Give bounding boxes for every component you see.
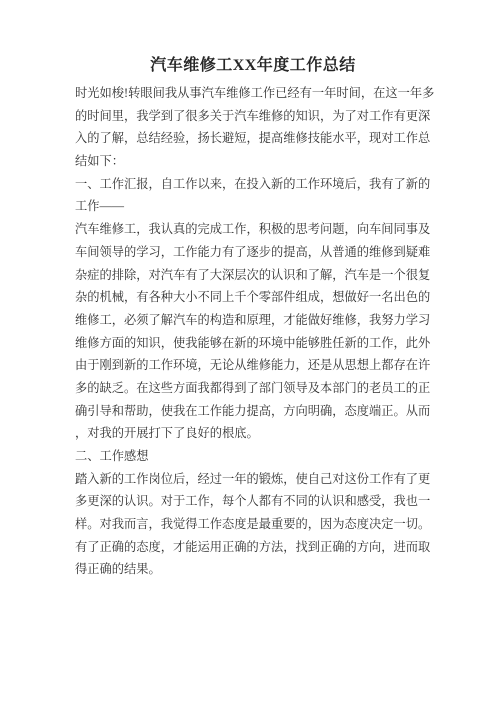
document-text-line: 结如下： <box>75 150 433 173</box>
document-page: 汽车维修工XX年度工作总结 时光如梭!转眼间我从事汽车维修工作已经有一年时间，在… <box>0 0 500 708</box>
document-text-line: 车间领导的学习，工作能力有了逐步的提高，从普通的维修到疑难 <box>75 241 433 264</box>
document-text-line: 得正确的结果。 <box>75 558 433 581</box>
document-text-line: 时光如梭!转眼间我从事汽车维修工作已经有一年时间，在这一年多 <box>75 82 433 105</box>
document-text-line: 踏入新的工作岗位后，经过一年的锻炼，使自己对这份工作有了更 <box>75 468 433 491</box>
document-text-line: ，对我的开展打下了良好的根底。 <box>75 422 433 445</box>
document-title: 汽车维修工XX年度工作总结 <box>75 55 431 76</box>
document-text-line: 确引导和帮助，使我在工作能力提高，方向明确，态度端正。从而 <box>75 400 433 423</box>
document-text-line: 二、工作感想 <box>75 445 433 468</box>
document-text-line: 样。对我而言，我觉得工作态度是最重要的，因为态度决定一切。 <box>75 513 433 536</box>
document-text-line: 维修工，必须了解汽车的构造和原理，才能做好维修，我努力学习 <box>75 309 433 332</box>
document-text-line: 由于刚到新的工作环境，无论从维修能力，还是从思想上都存在许 <box>75 354 433 377</box>
document-text-line: 一、工作汇报，自工作以来，在投入新的工作环境后，我有了新的 <box>75 173 433 196</box>
document-text-line: 入的了解，总结经验，扬长避短，提高维修技能水平，现对工作总 <box>75 127 433 150</box>
document-text-line: 多的缺乏。在这些方面我都得到了部门领导及本部门的老员工的正 <box>75 377 433 400</box>
document-text-line: 有了正确的态度，才能运用正确的方法，找到正确的方向，进而取 <box>75 536 433 559</box>
document-text-line: 多更深的认识。对于工作，每个人都有不同的认识和感受，我也一 <box>75 490 433 513</box>
document-text-line: 维修方面的知识，使我能够在新的环境中能够胜任新的工作，此外 <box>75 332 433 355</box>
document-text-line: 杂症的排除，对汽车有了大深层次的认识和了解，汽车是一个很复 <box>75 264 433 287</box>
document-text-line: 汽车维修工，我认真的完成工作，积极的思考问题，向车间同事及 <box>75 218 433 241</box>
document-text-line: 工作—— <box>75 195 433 218</box>
document-body: 时光如梭!转眼间我从事汽车维修工作已经有一年时间，在这一年多的时间里，我学到了很… <box>75 82 433 581</box>
document-text-line: 杂的机械，有各种大小不同上千个零部件组成，想做好一名出色的 <box>75 286 433 309</box>
document-text-line: 的时间里，我学到了很多关于汽车维修的知识，为了对工作有更深 <box>75 105 433 128</box>
